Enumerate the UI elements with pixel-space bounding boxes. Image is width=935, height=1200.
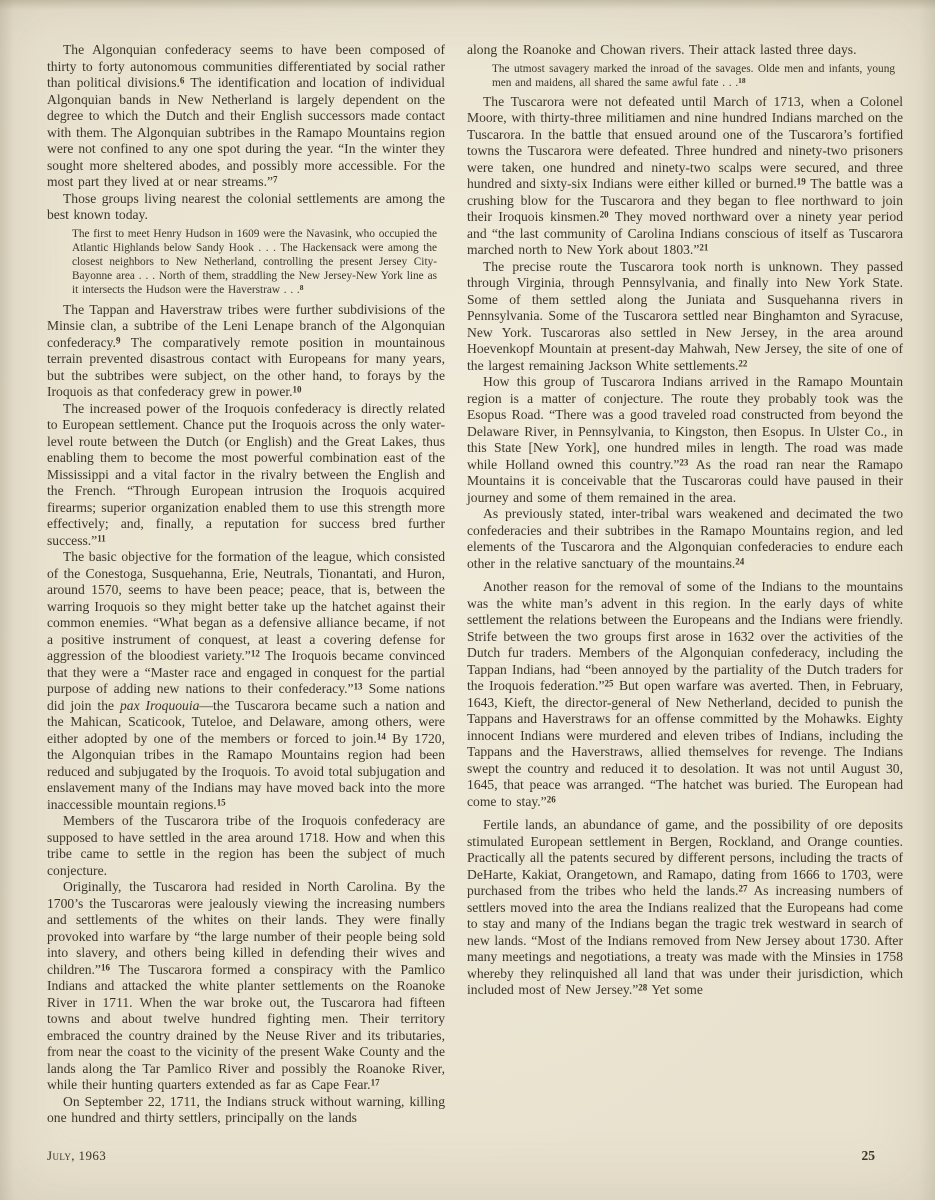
- footnote-ref: 8: [300, 283, 304, 292]
- paragraph: Originally, the Tuscarora had resided in…: [47, 879, 445, 1094]
- footnote-ref: 25: [605, 679, 614, 689]
- left-column: The Algonquian confederacy seems to have…: [47, 42, 445, 1127]
- paragraph: The basic objective for the formation of…: [47, 549, 445, 813]
- paragraph: The precise route the Tuscarora took nor…: [467, 259, 903, 375]
- footnote-ref: 14: [377, 731, 386, 741]
- paragraph: The Tuscarora were not defeated until Ma…: [467, 94, 903, 259]
- footnote-ref: 26: [547, 795, 556, 805]
- footnote-ref: 10: [293, 385, 302, 395]
- footnote-ref: 28: [638, 983, 647, 993]
- page-number: 25: [862, 1148, 876, 1164]
- footnote-ref: 27: [738, 884, 747, 894]
- footnote-ref: 18: [738, 76, 745, 85]
- right-column: along the Roanoke and Chowan rivers. The…: [467, 42, 903, 999]
- paragraph: The Tappan and Haverstraw tribes were fu…: [47, 302, 445, 401]
- document-page: The Algonquian confederacy seems to have…: [0, 0, 935, 1200]
- footnote-ref: 20: [600, 210, 609, 220]
- footnote-ref: 21: [699, 243, 708, 253]
- paragraph: along the Roanoke and Chowan rivers. The…: [467, 42, 903, 59]
- footnote-ref: 15: [217, 797, 226, 807]
- paragraph: Members of the Tuscarora tribe of the Ir…: [47, 813, 445, 879]
- paragraph: Another reason for the removal of some o…: [467, 579, 903, 810]
- footnote-ref: 9: [116, 335, 120, 345]
- page-footer: July, 1963 25: [47, 1148, 903, 1164]
- footnote-ref: 7: [273, 175, 277, 185]
- footnote-ref: 16: [101, 962, 110, 972]
- block-quote: The utmost savagery marked the inroad of…: [492, 62, 895, 90]
- page-columns: The Algonquian confederacy seems to have…: [47, 42, 903, 1127]
- paragraph: As previously stated, inter-tribal wars …: [467, 506, 903, 572]
- paragraph: Those groups living nearest the colonial…: [47, 191, 445, 224]
- footnote-ref: 11: [97, 533, 105, 543]
- paragraph: On September 22, 1711, the Indians struc…: [47, 1094, 445, 1127]
- footnote-ref: 19: [797, 177, 806, 187]
- footnote-ref: 23: [679, 458, 688, 468]
- block-quote: The first to meet Henry Hudson in 1609 w…: [72, 227, 437, 298]
- footnote-ref: 6: [180, 76, 184, 86]
- paragraph: Fertile lands, an abundance of game, and…: [467, 817, 903, 999]
- italic-phrase: pax Iroquouia: [120, 698, 199, 713]
- paragraph: The increased power of the Iroquois conf…: [47, 401, 445, 550]
- journal-date: July, 1963: [47, 1148, 106, 1164]
- footnote-ref: 13: [354, 682, 363, 692]
- footnote-ref: 12: [251, 649, 260, 659]
- footnote-ref: 22: [738, 359, 747, 369]
- paragraph: How this group of Tuscarora Indians arri…: [467, 374, 903, 506]
- footnote-ref: 17: [371, 1078, 380, 1088]
- paragraph: The Algonquian confederacy seems to have…: [47, 42, 445, 191]
- footnote-ref: 24: [735, 557, 744, 567]
